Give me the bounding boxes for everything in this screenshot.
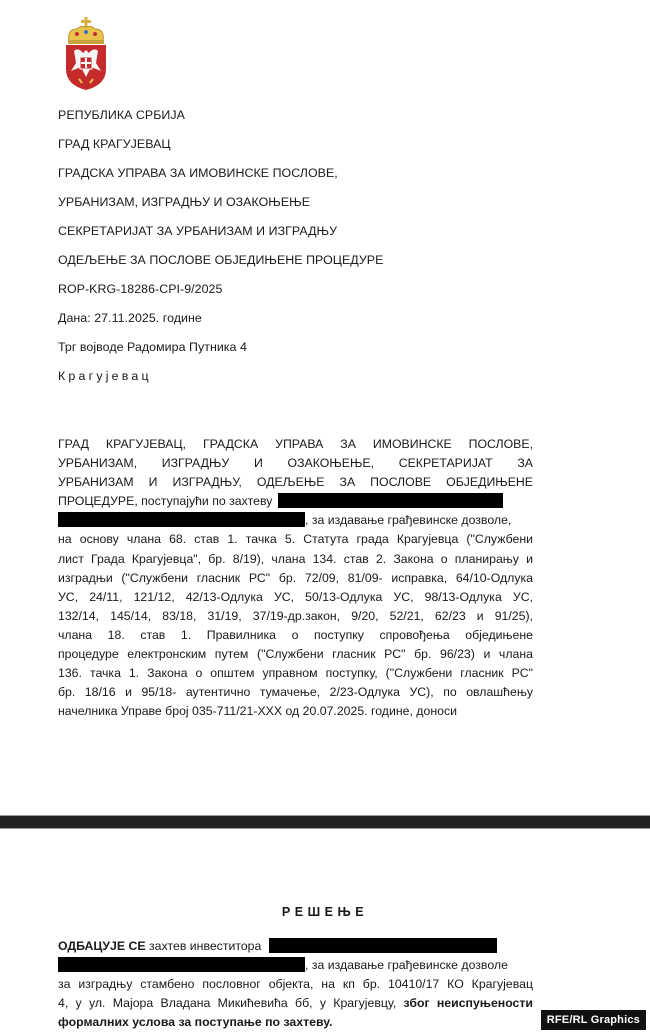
preamble-line: на основу члана 68. став 1. тачка 5. Ста… <box>58 530 533 549</box>
decision-title: РЕШЕЊЕ <box>0 905 650 919</box>
decision-paragraph: ОДБАЦУЈЕ СЕ захтев инвеститора , за изда… <box>58 937 533 1032</box>
header-administration: ГРАДСКА УПРАВА ЗА ИМОВИНСКЕ ПОСЛОВЕ, <box>58 166 338 180</box>
redaction-bar <box>278 493 503 508</box>
credit-badge: RFE/RL Graphics <box>541 1010 646 1030</box>
case-number: ROP-KRG-18286-CPI-9/2025 <box>58 282 222 296</box>
preamble-paragraph: ГРАД КРАГУЈЕВАЦ, ГРАДСКА УПРАВА ЗА ИМОВИ… <box>58 435 533 721</box>
document-page-1: РЕПУБЛИКА СРБИЈА ГРАД КРАГУЈЕВАЦ ГРАДСКА… <box>0 0 650 815</box>
preamble-line: ПРОЦЕДУРЕ, поступајући по захтеву <box>58 492 533 511</box>
page-divider <box>0 815 650 829</box>
preamble-line: 136. тачка 1. Закона о општем управном п… <box>58 664 533 683</box>
redaction-bar <box>58 512 305 527</box>
decision-verb: ОДБАЦУЈЕ СЕ <box>58 939 146 953</box>
redaction-bar <box>269 938 497 953</box>
decision-line: формалних услова за поступање по захтеву… <box>58 1013 533 1032</box>
decision-line: , за издавање грађевинске дозволе <box>58 956 533 975</box>
preamble-line: УРБАНИЗАМ И ИЗГРАДЊУ, ОДЕЉЕЊЕ ЗА ПОСЛОВЕ… <box>58 473 533 492</box>
preamble-line: бр. 18/16 и 95/18- аутентично тумачење, … <box>58 683 533 702</box>
decision-line: 4, у ул. Мајора Владана Микићевића бб, у… <box>58 994 533 1013</box>
decision-line: за изградњу стамбено пословног објекта, … <box>58 975 533 994</box>
address: Трг војводе Радомира Путника 4 <box>58 340 247 354</box>
document-date: Дана: 27.11.2025. године <box>58 311 202 325</box>
decision-line: ОДБАЦУЈЕ СЕ захтев инвеститора <box>58 937 533 956</box>
preamble-line: начелника Управе број 035-711/21-XXX од … <box>58 702 533 721</box>
preamble-line: УРБАНИЗАМ, ИЗГРАДЊУ И ОЗАКОЊЕЊЕ, СЕКРЕТА… <box>58 454 533 473</box>
place: Крагујевац <box>58 369 152 383</box>
redaction-bar <box>58 957 305 972</box>
header-administration-cont: УРБАНИЗАМ, ИЗГРАДЊУ И ОЗАКОЊЕЊЕ <box>58 195 310 209</box>
preamble-line: 132/14, 145/14, 83/18, 31/19, 37/19-др.з… <box>58 607 533 626</box>
serbia-coat-of-arms-icon <box>63 17 109 91</box>
preamble-line: лист Града Крагујевца", бр. 8/19), члана… <box>58 550 533 569</box>
header-republic: РЕПУБЛИКА СРБИЈА <box>58 108 185 122</box>
header-city: ГРАД КРАГУЈЕВАЦ <box>58 137 171 151</box>
header-department: ОДЕЉЕЊЕ ЗА ПОСЛОВЕ ОБЈЕДИЊЕНЕ ПРОЦЕДУРЕ <box>58 253 383 267</box>
preamble-line: процедуре електронским путем ("Службени … <box>58 645 533 664</box>
preamble-line: члана 18. став 1. Правилника о поступку … <box>58 626 533 645</box>
header-secretariat: СЕКРЕТАРИЈАТ ЗА УРБАНИЗАМ И ИЗГРАДЊУ <box>58 224 337 238</box>
preamble-line: ГРАД КРАГУЈЕВАЦ, ГРАДСКА УПРАВА ЗА ИМОВИ… <box>58 435 533 454</box>
preamble-line: , за издавање грађевинске дозволе, <box>58 511 533 530</box>
preamble-line: УС, 24/11, 121/12, 42/13-Одлука УС, 50/1… <box>58 588 533 607</box>
preamble-line: изградњи ("Службени гласник РС" бр. 72/0… <box>58 569 533 588</box>
